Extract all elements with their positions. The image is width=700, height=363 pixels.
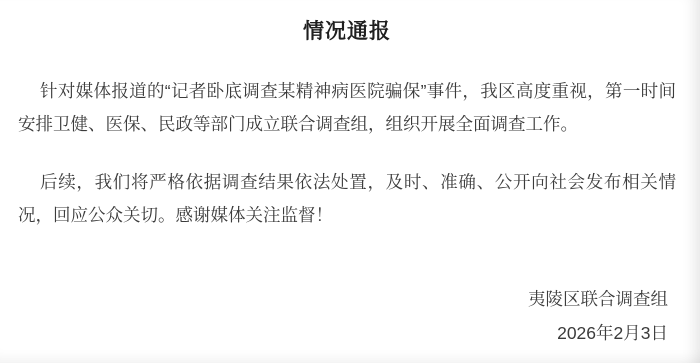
signature-block: 夷陵区联合调查组 2026年2月3日 bbox=[18, 282, 676, 350]
signature-date: 2026年2月3日 bbox=[18, 316, 668, 350]
notice-paragraph-1: 针对媒体报道的“记者卧底调查某精神病医院骗保”事件，我区高度重视，第一时间安排卫… bbox=[18, 75, 676, 141]
notice-title: 情况通报 bbox=[18, 19, 676, 45]
notice-paragraph-2: 后续，我们将严格依据调查结果依法处置，及时、准确、公开向社会发布相关情况，回应公… bbox=[18, 166, 676, 232]
notice-page: 情况通报 针对媒体报道的“记者卧底调查某精神病医院骗保”事件，我区高度重视，第一… bbox=[0, 0, 700, 363]
signature-issuer: 夷陵区联合调查组 bbox=[18, 282, 668, 316]
